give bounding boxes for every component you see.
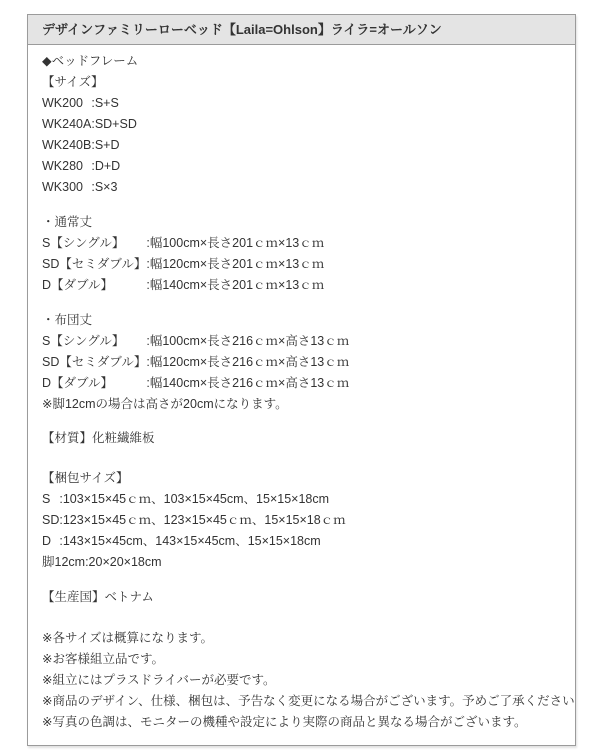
packing-row-label: S	[42, 489, 59, 510]
spec-row-label: S【シングル】	[42, 233, 146, 254]
size-row-value: :S+S	[91, 93, 561, 114]
futon-length-heading: ・布団丈	[42, 310, 561, 331]
spec-row-label: D【ダブル】	[42, 373, 146, 394]
spec-body: ◆ベッドフレーム 【サイズ】 WK200 :S+S WK240A :SD+SD …	[28, 45, 575, 745]
bed-frame-section: ◆ベッドフレーム 【サイズ】 WK200 :S+S WK240A :SD+SD …	[42, 51, 561, 198]
product-spec-panel: デザインファミリーローベッド【Laila=Ohlson】ライラ=オールソン ◆ベ…	[27, 14, 576, 746]
panel-header: デザインファミリーローベッド【Laila=Ohlson】ライラ=オールソン	[28, 15, 575, 45]
packing-row-label: D	[42, 531, 59, 552]
size-row-value: :S×3	[91, 177, 561, 198]
size-row-value: :S+D	[91, 135, 561, 156]
material-section: 【材質】化粧繊維板	[42, 428, 561, 449]
packing-row-label: SD	[42, 510, 59, 531]
spec-row-value: :幅140cm×長さ216ｃｍ×高さ13ｃｍ	[146, 373, 561, 394]
product-title: デザインファミリーローベッド【Laila=Ohlson】ライラ=オールソン	[42, 22, 442, 37]
note-line: ※写真の色調は、モニターの機種や設定により実際の商品と異なる場合がございます。	[42, 712, 561, 733]
size-row-label: WK240B	[42, 135, 91, 156]
origin-section: 【生産国】ベトナム	[42, 587, 561, 608]
futon-length-table: S【シングル】 :幅100cm×長さ216ｃｍ×高さ13ｃｍ SD【セミダブル】…	[42, 331, 561, 394]
packing-leg-line: 脚12cm:20×20×18cm	[42, 552, 561, 573]
packing-row-value: :143×15×45cm、143×15×45cm、15×15×18cm	[59, 531, 561, 552]
size-row-label: WK300	[42, 177, 91, 198]
packing-section: 【梱包サイズ】 S :103×15×45ｃｍ、103×15×45cm、15×15…	[42, 468, 561, 573]
bed-frame-heading: ◆ベッドフレーム	[42, 51, 561, 72]
origin-line: 【生産国】ベトナム	[42, 587, 561, 608]
spec-row-value: :幅120cm×長さ201ｃｍ×13ｃｍ	[146, 254, 561, 275]
spec-row-value: :幅140cm×長さ201ｃｍ×13ｃｍ	[146, 275, 561, 296]
futon-length-section: ・布団丈 S【シングル】 :幅100cm×長さ216ｃｍ×高さ13ｃｍ SD【セ…	[42, 310, 561, 415]
material-line: 【材質】化粧繊維板	[42, 428, 561, 449]
size-row-label: WK240A	[42, 114, 91, 135]
spec-row-label: D【ダブル】	[42, 275, 146, 296]
spec-row-label: SD【セミダブル】	[42, 254, 146, 275]
size-table: WK200 :S+S WK240A :SD+SD WK240B :S+D WK2…	[42, 93, 561, 198]
spec-row-value: :幅100cm×長さ201ｃｍ×13ｃｍ	[146, 233, 561, 254]
spec-row-label: S【シングル】	[42, 331, 146, 352]
note-line: ※商品のデザイン、仕様、梱包は、予告なく変更になる場合がございます。予めご了承く…	[42, 691, 561, 712]
spec-row-label: SD【セミダブル】	[42, 352, 146, 373]
packing-heading: 【梱包サイズ】	[42, 468, 561, 489]
size-row-label: WK280	[42, 156, 91, 177]
leg-height-note: ※脚12cmの場合は高さが20cmになります。	[42, 394, 561, 415]
packing-row-value: :103×15×45ｃｍ、103×15×45cm、15×15×18cm	[59, 489, 561, 510]
notes-section: ※各サイズは概算になります。 ※お客様組立品です。 ※組立にはプラスドライバーが…	[42, 628, 561, 733]
normal-length-heading: ・通常丈	[42, 212, 561, 233]
size-row-label: WK200	[42, 93, 91, 114]
packing-row-value: :123×15×45ｃｍ、123×15×45ｃｍ、15×15×18ｃｍ	[59, 510, 561, 531]
note-line: ※各サイズは概算になります。	[42, 628, 561, 649]
size-row-value: :SD+SD	[91, 114, 561, 135]
size-heading: 【サイズ】	[42, 72, 561, 93]
spec-row-value: :幅100cm×長さ216ｃｍ×高さ13ｃｍ	[146, 331, 561, 352]
note-line: ※組立にはプラスドライバーが必要です。	[42, 670, 561, 691]
normal-length-section: ・通常丈 S【シングル】 :幅100cm×長さ201ｃｍ×13ｃｍ SD【セミダ…	[42, 212, 561, 296]
spec-row-value: :幅120cm×長さ216ｃｍ×高さ13ｃｍ	[146, 352, 561, 373]
normal-length-table: S【シングル】 :幅100cm×長さ201ｃｍ×13ｃｍ SD【セミダブル】 :…	[42, 233, 561, 296]
size-row-value: :D+D	[91, 156, 561, 177]
packing-table: S :103×15×45ｃｍ、103×15×45cm、15×15×18cm SD…	[42, 489, 561, 552]
note-line: ※お客様組立品です。	[42, 649, 561, 670]
